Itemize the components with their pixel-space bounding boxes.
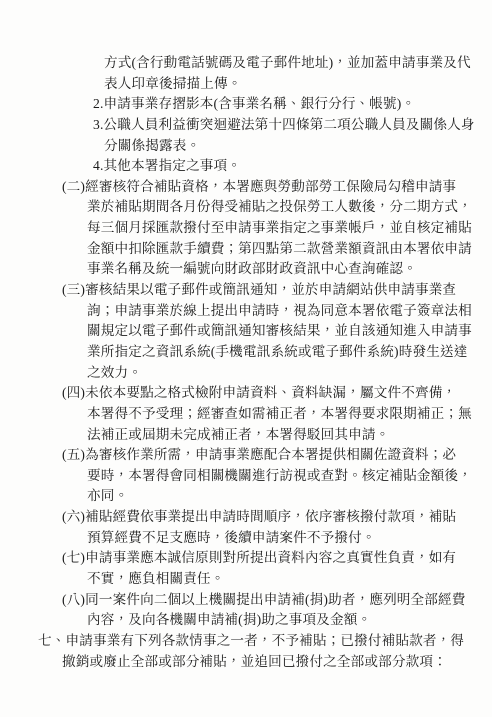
document-line: 3.公職人員利益衝突迴避法第十四條第二項公職人員及關係人身 <box>0 115 492 136</box>
document-line: 要時，本署得會同相關機關進行訪視或查對。核定補貼金額後， <box>0 466 492 487</box>
document-line: 不實，應負相關責任。 <box>0 569 492 590</box>
document-line: 亦同。 <box>0 486 492 507</box>
document-line: 4.其他本署指定之事項。 <box>0 156 492 177</box>
document-line: (六)補貼經費依事業提出申請時間順序，依序審核撥付款項，補貼 <box>0 507 492 528</box>
document-line: 業於補貼期間各月份得受補貼之投保勞工人數後，分二期方式， <box>0 197 492 218</box>
document-line: (四)未依本要點之格式檢附申請資料、資料缺漏，屬文件不齊備， <box>0 383 492 404</box>
document-line: (三)審核結果以電子郵件或簡訊通知，並於申請網站供申請事業查 <box>0 280 492 301</box>
document-line: 金額中扣除匯款手續費；第四點第二款營業額資訊由本署依申請 <box>0 239 492 260</box>
document-line: 方式(含行動電話號碼及電子郵件地址)，並加蓋申請事業及代 <box>0 53 492 74</box>
document-line: 預算經費不足支應時，後續申請案件不予撥付。 <box>0 528 492 549</box>
document-line: (八)同一案件向二個以上機關提出申請補(捐)助者，應列明全部經費 <box>0 590 492 611</box>
document-line: (二)經審核符合補貼資格，本署應與勞動部勞工保險局勾稽申請事 <box>0 177 492 198</box>
document-line: 業所指定之資訊系統(手機電訊系統或電子郵件系統)時發生送達 <box>0 342 492 363</box>
document-line: 之效力。 <box>0 363 492 384</box>
document-line: (七)申請事業應本誠信原則對所提出資料內容之真實性負責，如有 <box>0 548 492 569</box>
document-line: 每三個月採匯款撥付至申請事業指定之事業帳戶，並自核定補貼 <box>0 218 492 239</box>
document-line: 事業名稱及統一編號向財政部財政資訊中心查詢確認。 <box>0 259 492 280</box>
document-line: 2.申請事業存摺影本(含事業名稱、銀行分行、帳號)。 <box>0 94 492 115</box>
document-line: 關規定以電子郵件或簡訊通知審核結果，並自該通知進入申請事 <box>0 321 492 342</box>
document-line: 分關係揭露表。 <box>0 136 492 157</box>
document-line: 詢；申請事業於線上提出申請時，視為同意本署依電子簽章法相 <box>0 301 492 322</box>
document-line: 法補正或屆期未完成補正者，本署得駁回其申請。 <box>0 425 492 446</box>
document-line: 本署得不予受理；經審查如需補正者，本署得要求限期補正；無 <box>0 404 492 425</box>
document-line: (五)為審核作業所需，申請事業應配合本署提供相關佐證資料；必 <box>0 445 492 466</box>
document-page: 方式(含行動電話號碼及電子郵件地址)，並加蓋申請事業及代 表人印章後掃描上傳。 … <box>0 0 492 717</box>
document-line: 表人印章後掃描上傳。 <box>0 74 492 95</box>
document-line: 內容，及向各機關申請補(捐)助之事項及金額。 <box>0 610 492 631</box>
document-line: 撤銷或廢止全部或部分補貼，並追回已撥付之全部或部分款項： <box>0 652 492 673</box>
document-line: 七、申請事業有下列各款情事之一者，不予補貼；已撥付補貼款者，得 <box>0 631 492 652</box>
